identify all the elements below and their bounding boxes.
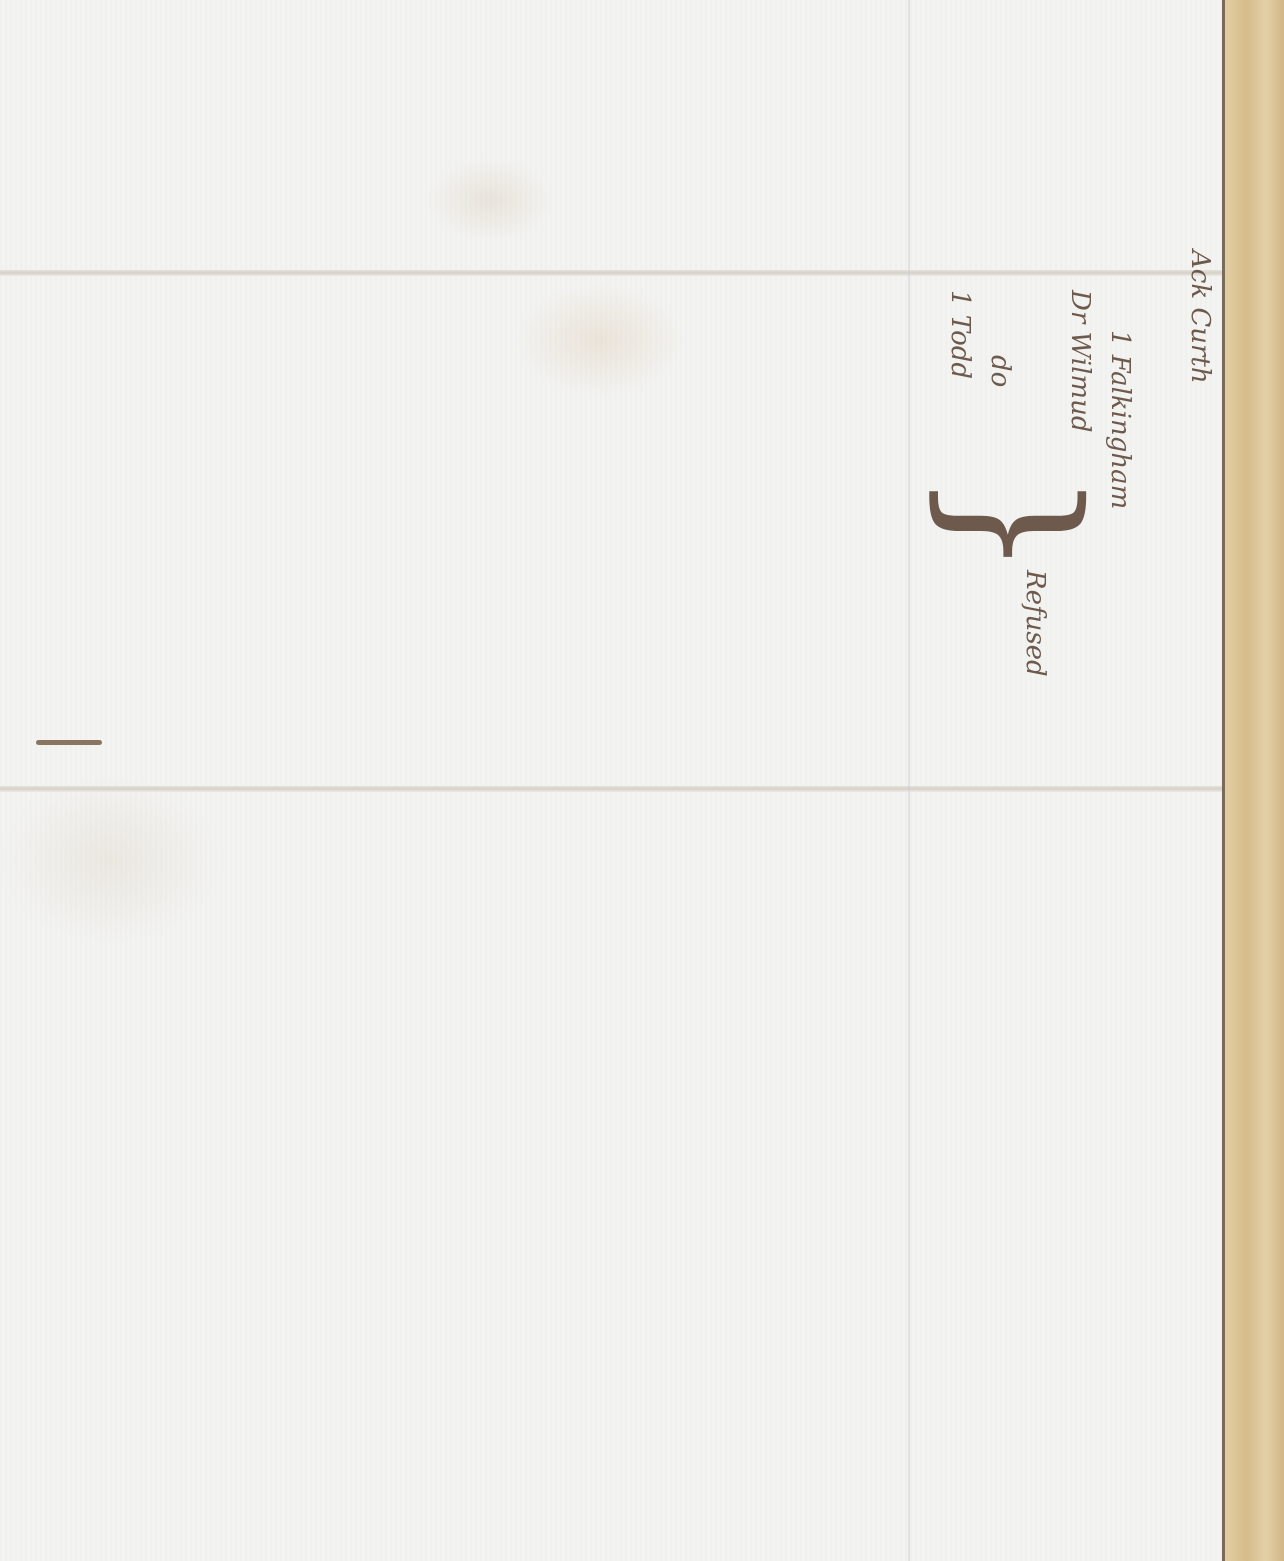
handwritten-line: Dr Wilmud	[1065, 290, 1095, 432]
handwritten-line: do	[985, 355, 1015, 387]
fold-line	[0, 786, 1222, 792]
handwritten-line: 1 Todd	[945, 290, 975, 379]
fold-line	[0, 270, 1222, 276]
handwritten-line: Ack Curth	[1185, 250, 1215, 384]
bracket-note: Refused	[1020, 570, 1050, 677]
curly-brace-icon: }	[930, 470, 1100, 578]
paper-sheet: Ack Curth 1 Falkingham Dr Wilmud do 1 To…	[0, 0, 1222, 1561]
binding-edge	[1222, 0, 1284, 1561]
ink-mark	[36, 740, 102, 745]
fold-line	[908, 0, 910, 1561]
